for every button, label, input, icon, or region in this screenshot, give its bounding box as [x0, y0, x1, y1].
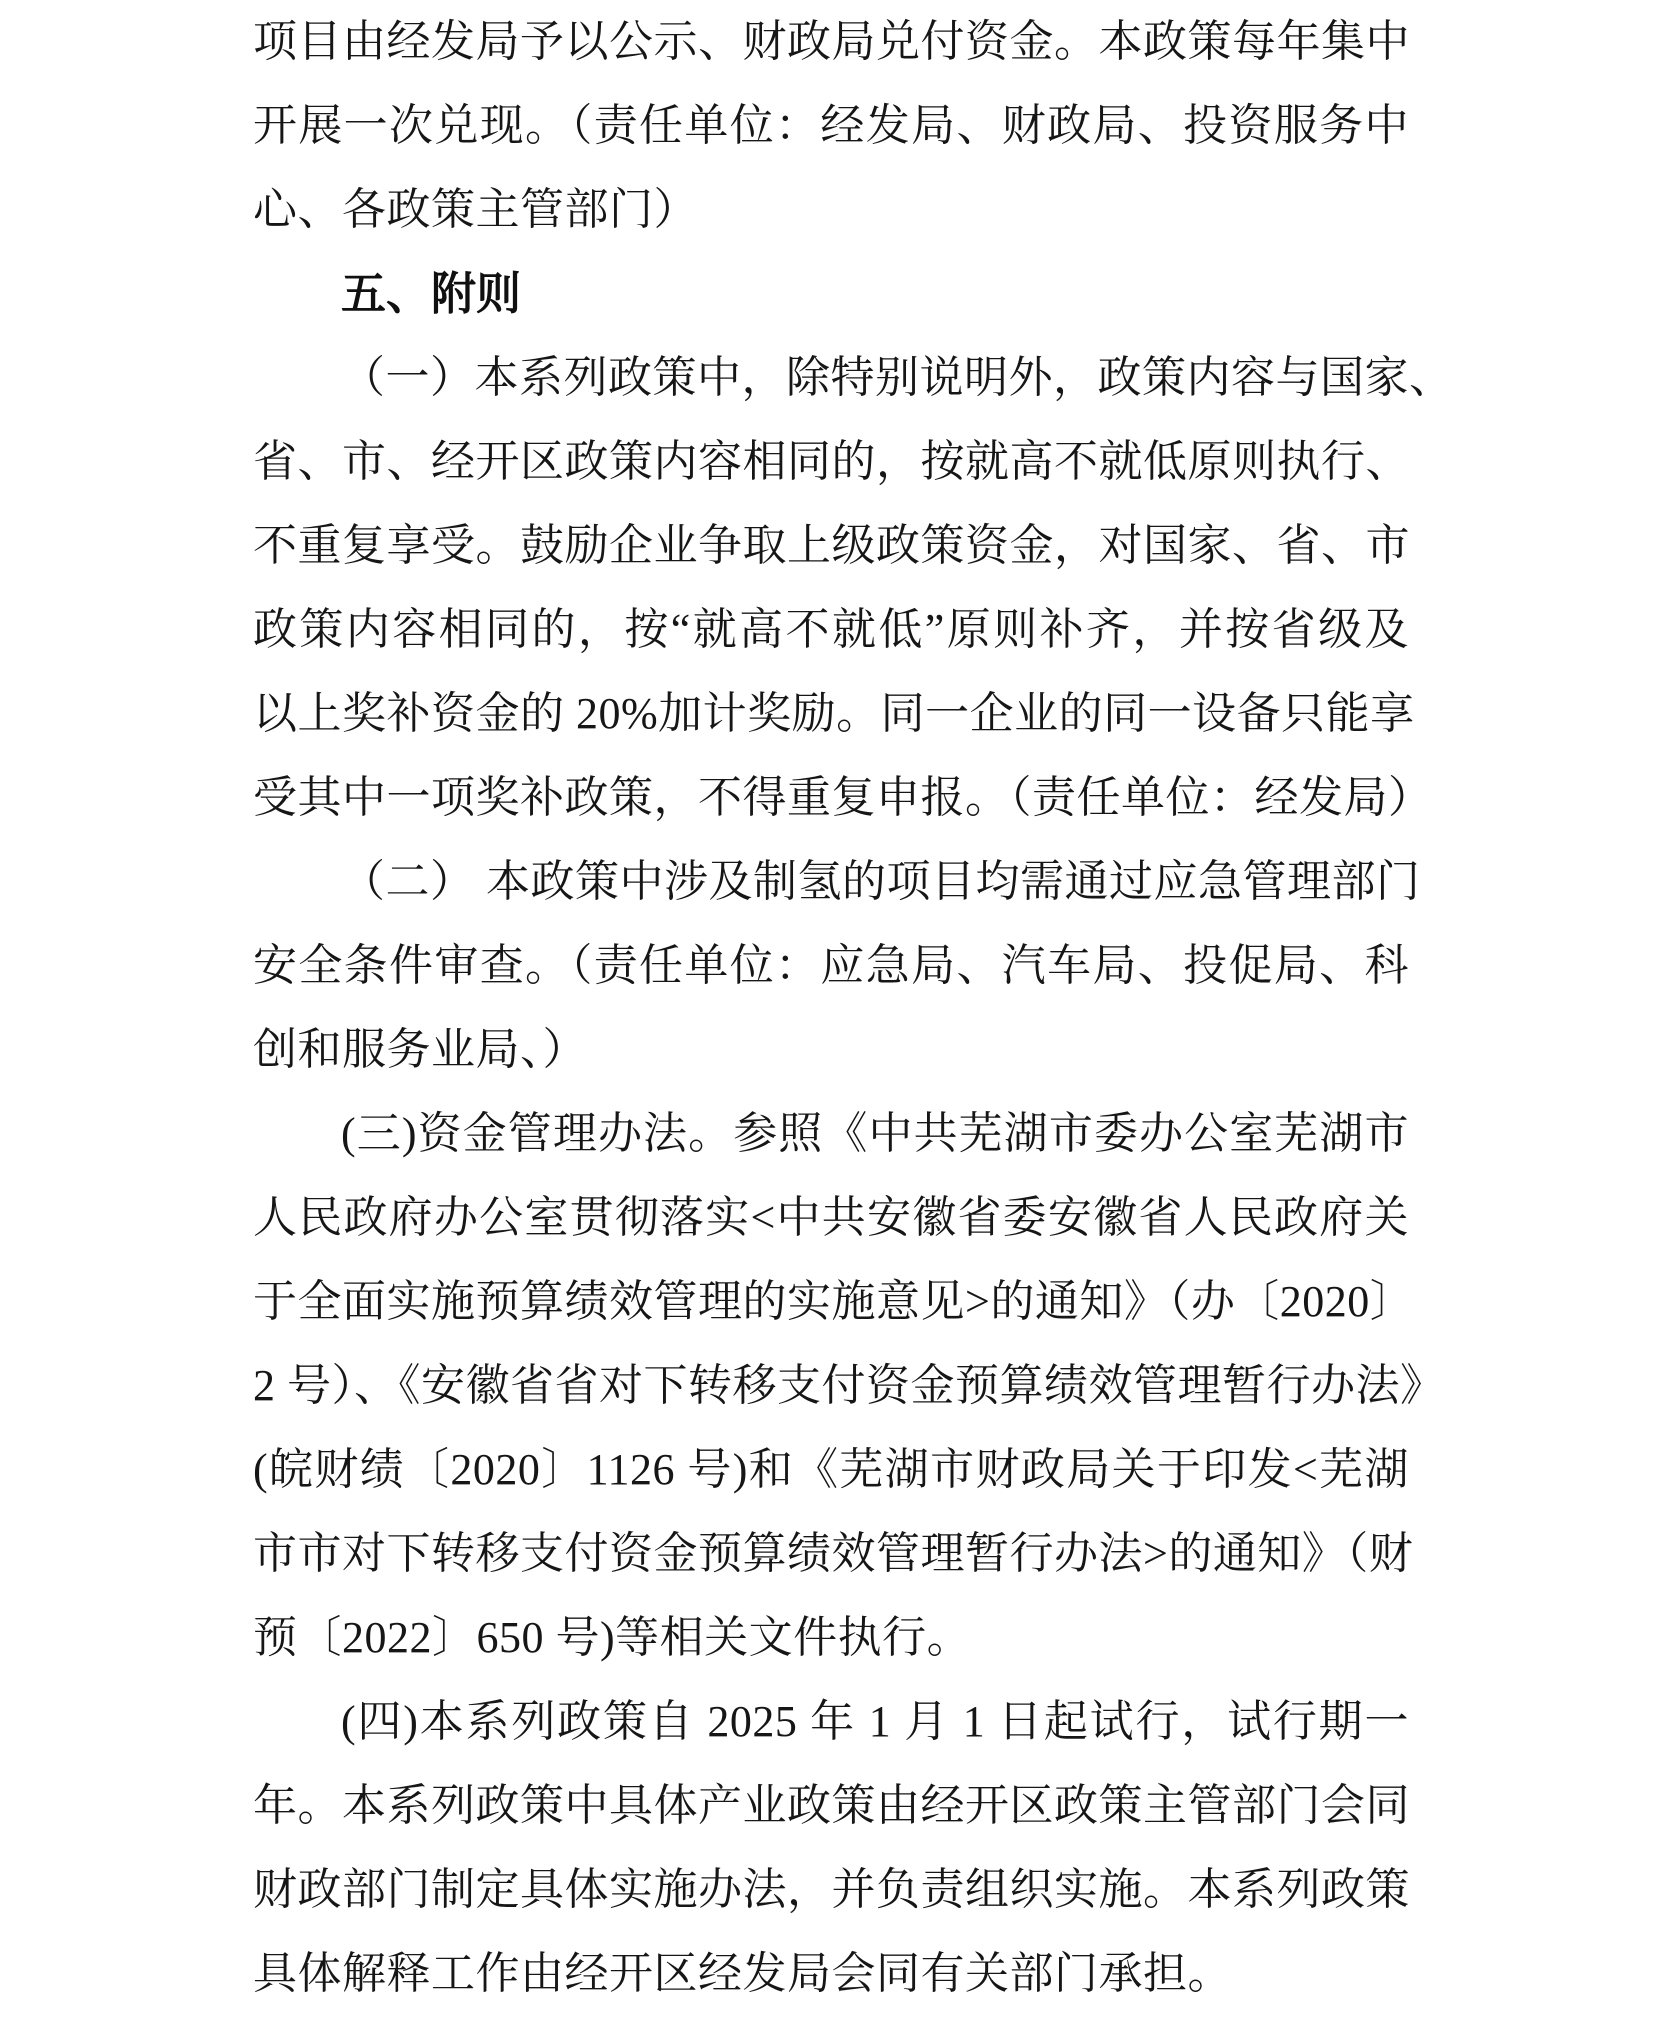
- text-line: 财政部门制定具体实施办法，并负责组织实施。本系列政策: [253, 1848, 1409, 1932]
- section-heading: 五、附则: [253, 252, 1409, 336]
- text-line: 具体解释工作由经开区经发局会同有关部门承担。: [253, 1932, 1409, 2016]
- text-line: 不重复享受。鼓励企业争取上级政策资金，对国家、省、市: [253, 504, 1409, 588]
- text-line: (三)资金管理办法。参照《中共芜湖市委办公室芜湖市: [253, 1092, 1409, 1176]
- text-column: 项目由经发局予以公示、财政局兑付资金。本政策每年集中 开展一次兑现。（责任单位：…: [253, 0, 1409, 2016]
- text-line: 于全面实施预算绩效管理的实施意见>的通知》（办〔2020〕: [253, 1260, 1409, 1344]
- text-line: 人民政府办公室贯彻落实<中共安徽省委安徽省人民政府关: [253, 1176, 1409, 1260]
- text-line: 市市对下转移支付资金预算绩效管理暂行办法>的通知》（财: [253, 1512, 1409, 1596]
- text-line: 安全条件审查。（责任单位：应急局、汽车局、投促局、科: [253, 924, 1409, 1008]
- text-line: 受其中一项奖补政策，不得重复申报。（责任单位：经发局）: [253, 756, 1409, 840]
- text-line: (皖财绩〔2020〕1126 号)和《芜湖市财政局关于印发<芜湖: [253, 1428, 1409, 1512]
- text-line: 预〔2022〕650 号)等相关文件执行。: [253, 1596, 1409, 1680]
- text-line: 心、各政策主管部门）: [253, 168, 1409, 252]
- paragraph-item-2: （二） 本政策中涉及制氢的项目均需通过应急管理部门 安全条件审查。（责任单位：应…: [253, 840, 1409, 1092]
- text-line: 开展一次兑现。（责任单位：经发局、财政局、投资服务中: [253, 84, 1409, 168]
- text-line: (四)本系列政策自 2025 年 1 月 1 日起试行，试行期一: [253, 1680, 1409, 1764]
- text-line: 省、市、经开区政策内容相同的，按就高不就低原则执行、: [253, 420, 1409, 504]
- text-line: 项目由经发局予以公示、财政局兑付资金。本政策每年集中: [253, 0, 1409, 84]
- paragraph-item-4: (四)本系列政策自 2025 年 1 月 1 日起试行，试行期一 年。本系列政策…: [253, 1680, 1409, 2016]
- text-line: （一）本系列政策中，除特别说明外，政策内容与国家、: [253, 336, 1409, 420]
- text-line: 创和服务业局、）: [253, 1008, 1409, 1092]
- text-line: 2 号）、《安徽省省对下转移支付资金预算绩效管理暂行办法》: [253, 1344, 1409, 1428]
- paragraph-item-1: （一）本系列政策中，除特别说明外，政策内容与国家、 省、市、经开区政策内容相同的…: [253, 336, 1409, 840]
- text-line: 以上奖补资金的 20%加计奖励。同一企业的同一设备只能享: [253, 672, 1409, 756]
- paragraph-carryover: 项目由经发局予以公示、财政局兑付资金。本政策每年集中 开展一次兑现。（责任单位：…: [253, 0, 1409, 252]
- scanned-document-page: 项目由经发局予以公示、财政局兑付资金。本政策每年集中 开展一次兑现。（责任单位：…: [0, 0, 1654, 2024]
- text-line: （二） 本政策中涉及制氢的项目均需通过应急管理部门: [253, 840, 1409, 924]
- text-line: 政策内容相同的，按“就高不就低”原则补齐，并按省级及: [253, 588, 1409, 672]
- paragraph-item-3: (三)资金管理办法。参照《中共芜湖市委办公室芜湖市 人民政府办公室贯彻落实<中共…: [253, 1092, 1409, 1680]
- text-line: 年。本系列政策中具体产业政策由经开区政策主管部门会同: [253, 1764, 1409, 1848]
